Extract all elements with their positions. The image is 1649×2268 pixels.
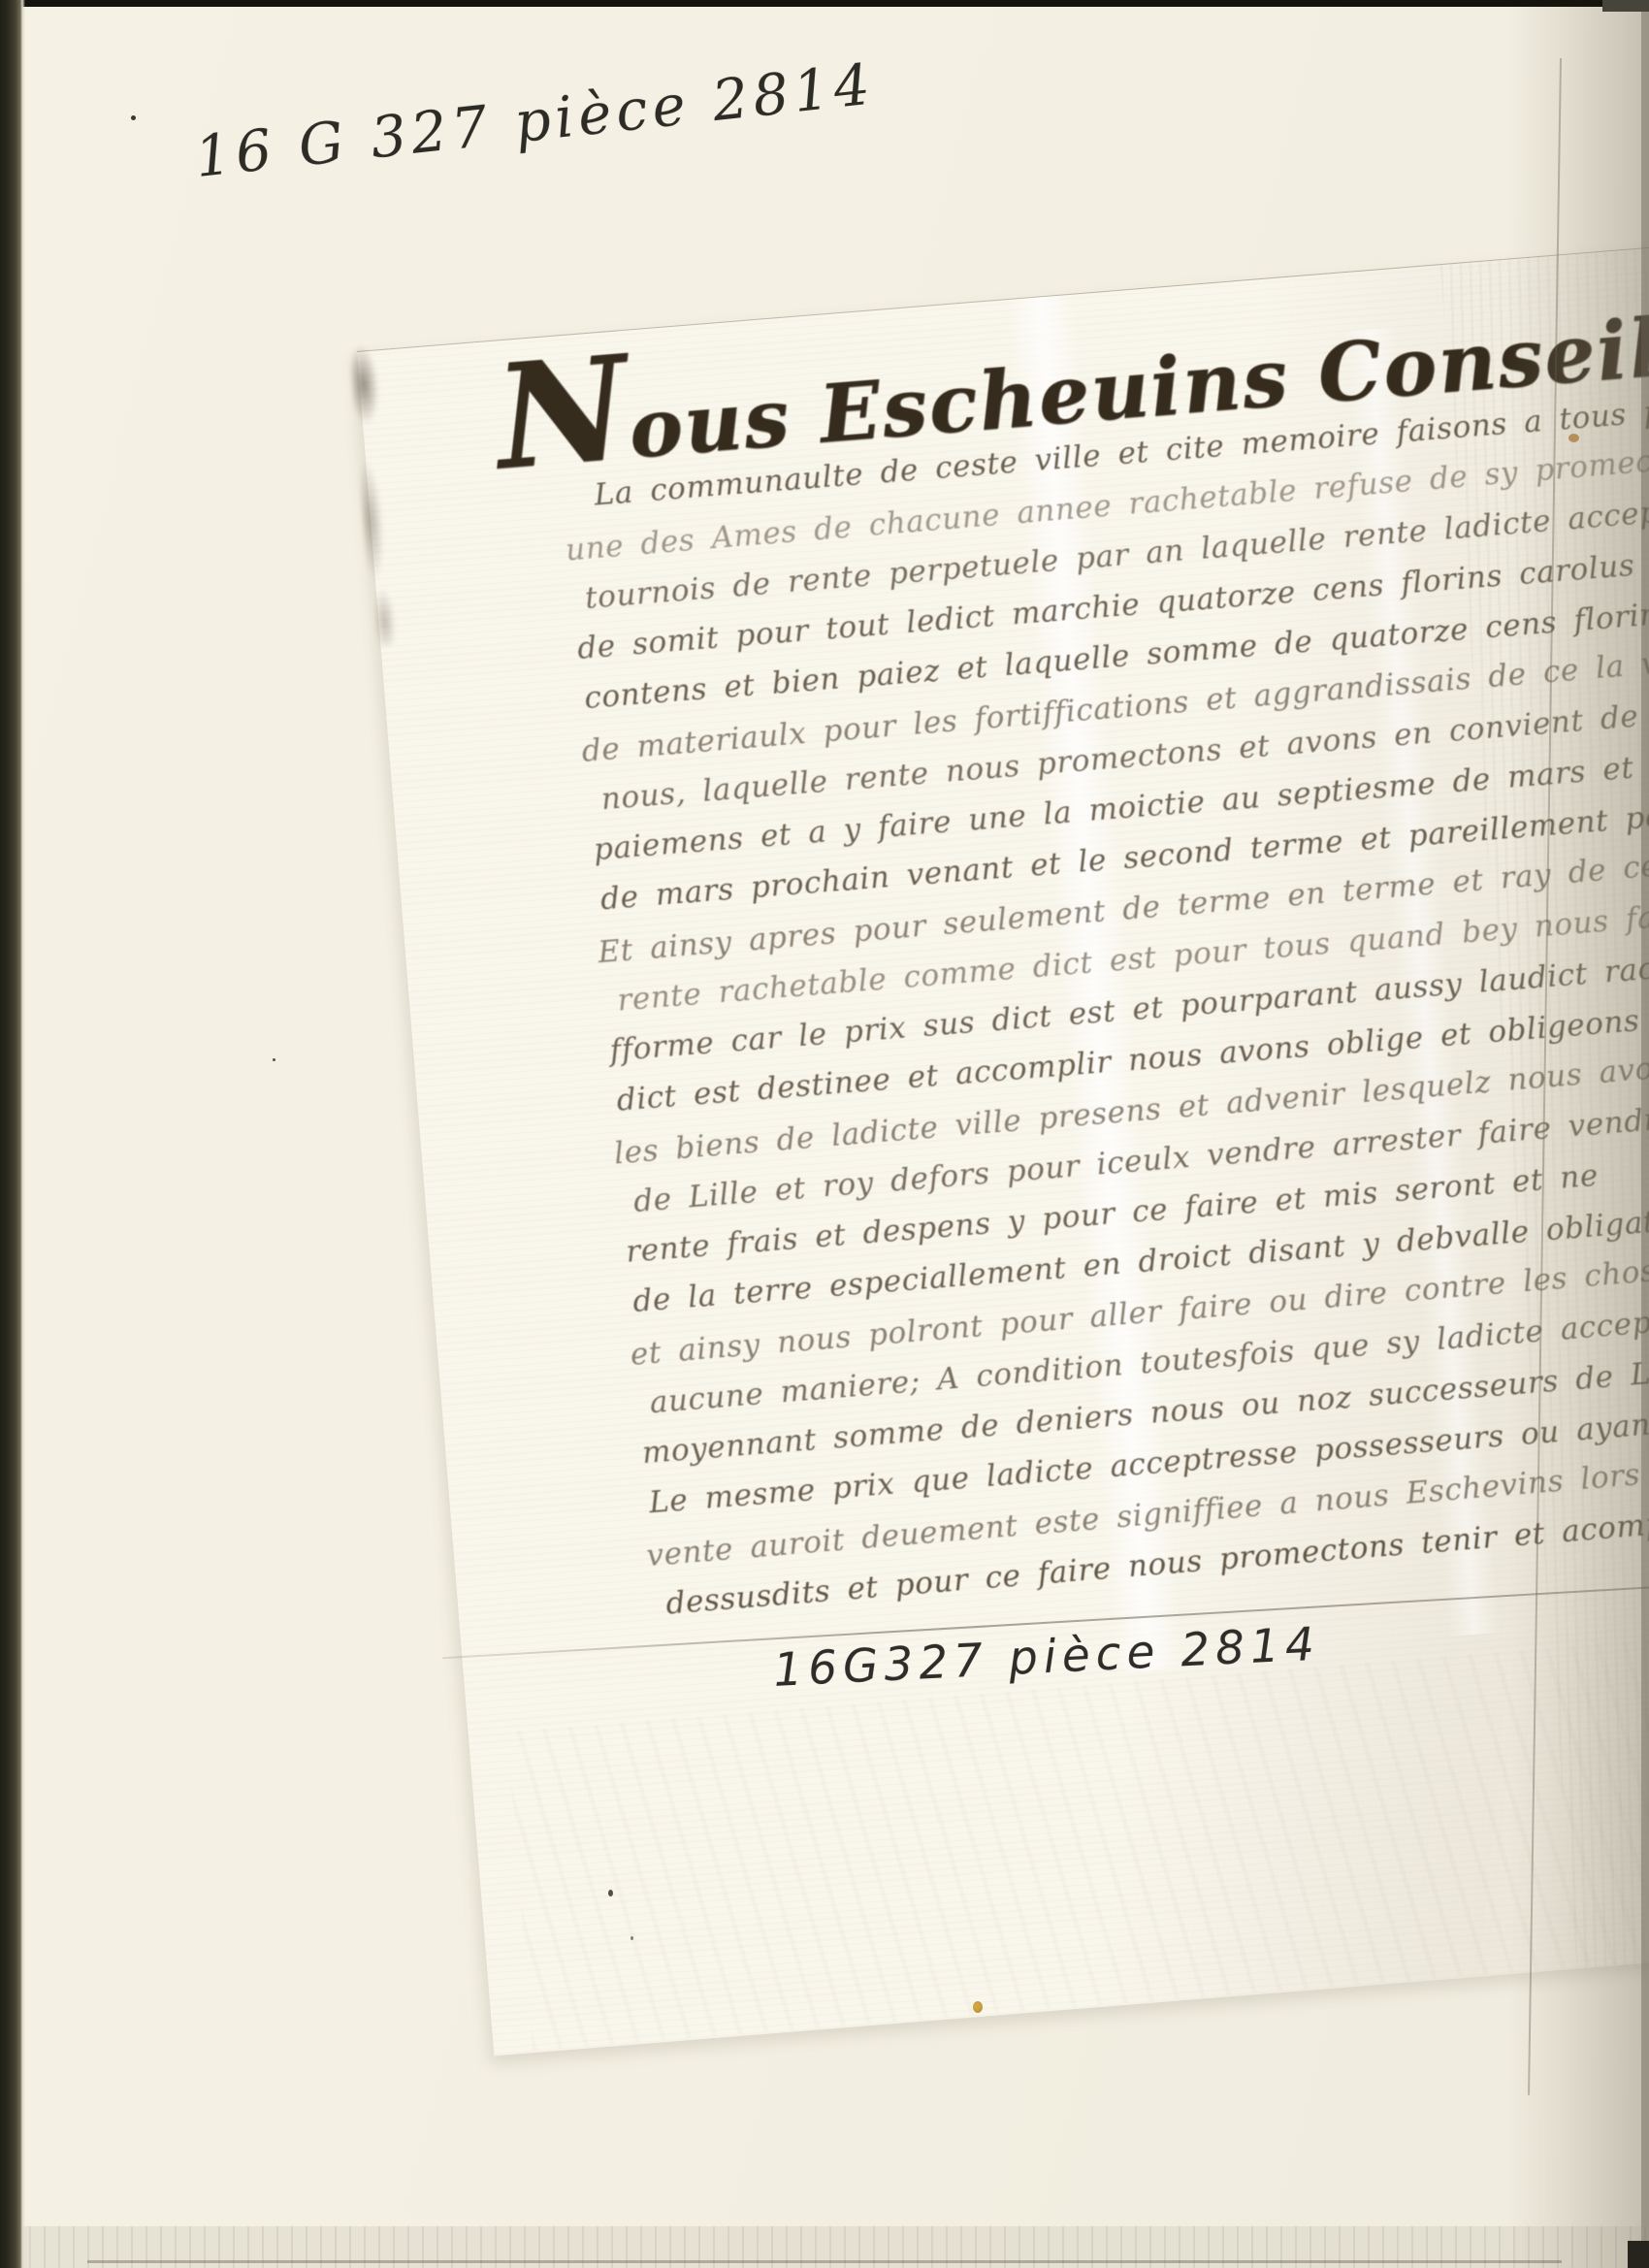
scan-bottom-edge-line <box>87 2260 1562 2263</box>
manuscript-body: La communaulte de ceste ville et cite me… <box>368 374 1649 1669</box>
ink-speck <box>608 1890 613 1896</box>
ink-speck <box>273 1058 275 1061</box>
parchment-wrinkles <box>507 1623 1649 2051</box>
ink-speck <box>131 115 136 120</box>
book-gutter <box>0 0 25 2268</box>
scanned-archive-page: Nous Escheuins Conseil et huict Homes La… <box>0 0 1649 2268</box>
scan-top-edge <box>0 0 1649 7</box>
manuscript-sheet: Nous Escheuins Conseil et huict Homes La… <box>357 236 1649 2056</box>
ink-speck <box>630 1936 633 1940</box>
archive-reference-top: 16 G 327 pièce 2814 <box>192 50 878 190</box>
paper-stain-dot <box>973 2001 983 2013</box>
paper-stain-fleck <box>1568 434 1579 442</box>
page-right-edge <box>1641 0 1649 2268</box>
scan-top-right-mark <box>1602 0 1649 12</box>
scan-bottom-right-mark <box>1628 2241 1649 2268</box>
